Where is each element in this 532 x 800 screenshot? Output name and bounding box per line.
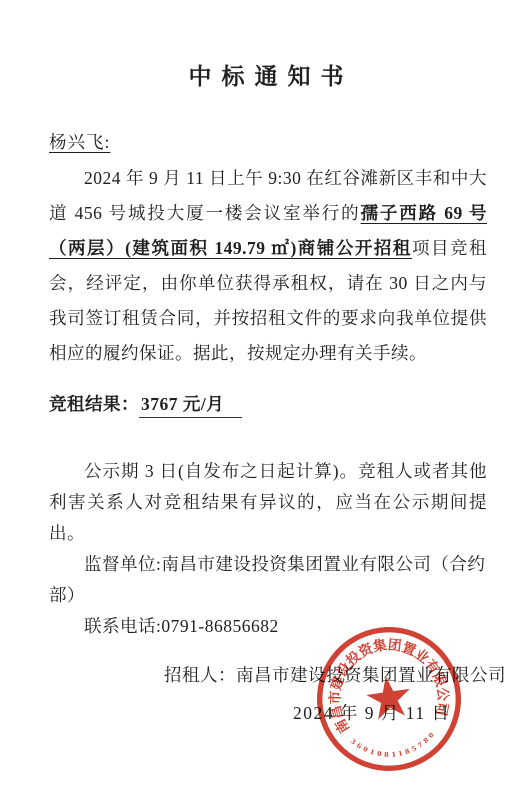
bid-result-label: 竞租结果： [49,394,139,414]
bid-result-line: 竞租结果：3767 元/月 [49,391,242,416]
notice-block: 公示期 3 日(自发布之日起计算)。竞租人或者其他利害关系人对竞租结果有异议的，… [49,456,487,642]
supervisor-line: 监督单位:南昌市建设投资集团置业有限公司（合约部） [49,549,487,611]
addressee-name: 杨兴飞: [49,132,110,152]
addressee-line: 杨兴飞: [49,129,110,154]
document-page: 中标通知书 杨兴飞: 2024 年 9 月 11 日上午 9:30 在红谷滩新区… [0,0,532,800]
official-stamp: 南昌市建设投资集团置业有限公司 3601081185780 [302,612,476,786]
document-title: 中标通知书 [0,58,532,91]
bid-result-value: 3767 元/月 [139,394,242,418]
signer-label: 招租人： [164,665,236,685]
body-paragraph: 2024 年 9 月 11 日上午 9:30 在红谷滩新区丰和中大道 456 号… [49,161,487,371]
stamp-graphic: 南昌市建设投资集团置业有限公司 3601081185780 [302,612,476,786]
publicity-paragraph: 公示期 3 日(自发布之日起计算)。竞租人或者其他利害关系人对竞租结果有异议的，… [49,456,487,549]
stamp-star-icon [364,673,413,721]
